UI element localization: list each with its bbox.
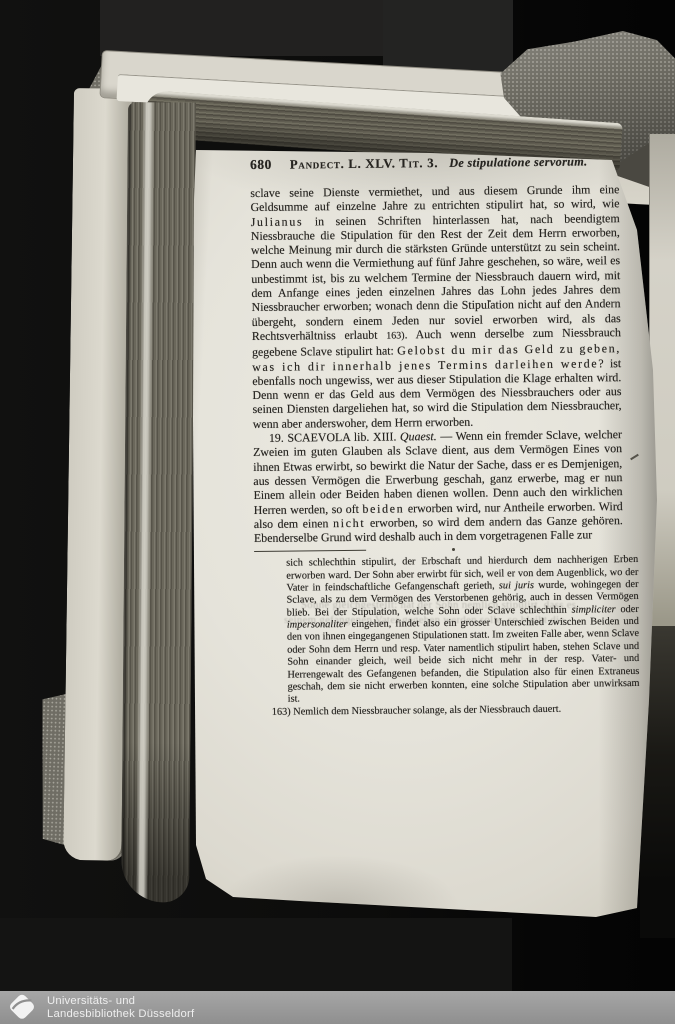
- library-name-line1: Universitäts- und: [47, 995, 194, 1008]
- running-head-chapter: De stipulatione servorum.: [449, 154, 587, 170]
- running-head: 680 Pandect. L. XLV. Tit. 3. De stipulat…: [250, 153, 619, 173]
- page-text-column: 680 Pandect. L. XLV. Tit. 3. De stipulat…: [250, 153, 625, 719]
- ulb-logo-icon: [5, 993, 39, 1023]
- background-shadow: [0, 918, 512, 992]
- library-watermark-band: Universitäts- und Landesbibliothek Düsse…: [0, 991, 675, 1024]
- footnote-continuation: sich schlechthin stipulirt, der Erbschaf…: [286, 554, 640, 706]
- main-text: sclave seine Dienste vermiethet, und aus…: [250, 182, 623, 545]
- scanned-book-photo: Sohne gleichgestellt: hat der Sohn nemli…: [0, 0, 675, 1024]
- library-name-line2: Landesbibliothek Düsseldorf: [47, 1008, 194, 1021]
- running-head-series: Pandect. L. XLV. Tit. 3.: [290, 156, 439, 173]
- page-number: 680: [250, 157, 272, 173]
- paragraph: sclave seine Dienste vermiethet, und aus…: [250, 182, 622, 431]
- library-name: Universitäts- und Landesbibliothek Düsse…: [47, 995, 194, 1021]
- page-block-left-edge: [121, 102, 196, 903]
- footnote-separator-rule: [254, 550, 366, 552]
- footnotes-block: sich schlechthin stipulirt, der Erbschaf…: [286, 554, 640, 718]
- paragraph: 19. SCAEVOLA lib. XIII. Quaest. — Wenn e…: [253, 427, 623, 545]
